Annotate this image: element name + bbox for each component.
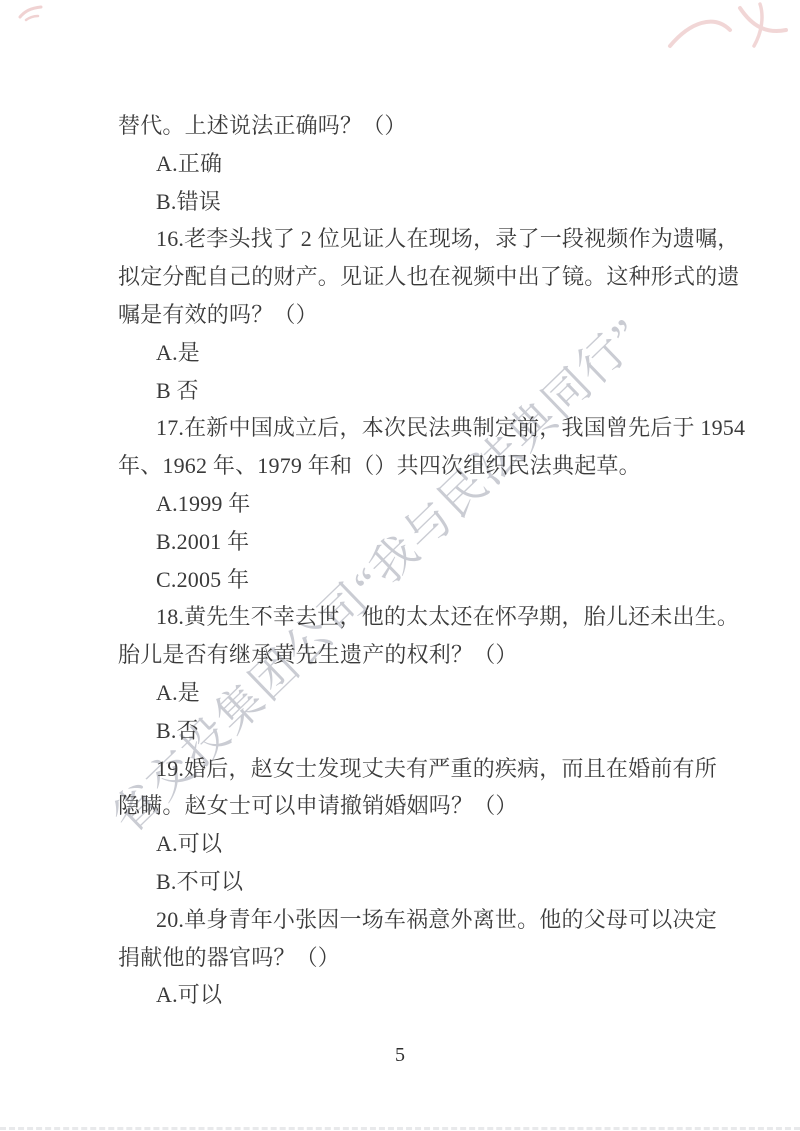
document-line: 嘱是有效的吗？（）	[118, 296, 718, 334]
document-line: 替代。上述说法正确吗？（）	[118, 107, 718, 145]
document-line: B.2001 年	[118, 523, 718, 561]
document-line: A.是	[118, 334, 718, 372]
document-line: 隐瞒。赵女士可以申请撤销婚姻吗？（）	[118, 787, 718, 825]
document-line: 16.老李头找了 2 位见证人在现场，录了一段视频作为遗嘱，	[118, 220, 718, 258]
document-line: A.是	[118, 674, 718, 712]
document-line: 19.婚后，赵女士发现丈夫有严重的疾病，而且在婚前有所	[118, 750, 718, 788]
document-line: 年、1962 年、1979 年和（）共四次组织民法典起草。	[118, 447, 718, 485]
document-line: 20.单身青年小张因一场车祸意外离世。他的父母可以决定	[118, 901, 718, 939]
red-ink-marks-topright-icon	[662, 0, 794, 54]
document-line: A.可以	[118, 976, 718, 1014]
document-line: A.可以	[118, 825, 718, 863]
document-line: B.否	[118, 712, 718, 750]
page-number: 5	[0, 1044, 800, 1067]
document-line: 拟定分配自己的财产。见证人也在视频中出了镜。这种形式的遗	[118, 258, 718, 296]
document-line: 捐献他的器官吗？（）	[118, 939, 718, 977]
document-line: B.错误	[118, 183, 718, 221]
document-text: 替代。上述说法正确吗？（）A.正确B.错误16.老李头找了 2 位见证人在现场，…	[118, 107, 718, 1014]
document-line: 18.黄先生不幸去世，他的太太还在怀孕期，胎儿还未出生。	[118, 598, 718, 636]
document-line: B 否	[118, 372, 718, 410]
document-line: B.不可以	[118, 863, 718, 901]
scan-edge-artifact	[0, 1127, 800, 1130]
document-line: 17.在新中国成立后，本次民法典制定前，我国曾先后于 1954	[118, 409, 718, 447]
document-line: 胎儿是否有继承黄先生遗产的权利？（）	[118, 636, 718, 674]
document-line: A.1999 年	[118, 485, 718, 523]
red-ink-mark-topleft-icon	[16, 2, 46, 24]
document-page: 省交投集团公司“我与民法典同行” 替代。上述说法正确吗？（）A.正确B.错误16…	[0, 0, 800, 1131]
document-line: C.2005 年	[118, 561, 718, 599]
document-line: A.正确	[118, 145, 718, 183]
